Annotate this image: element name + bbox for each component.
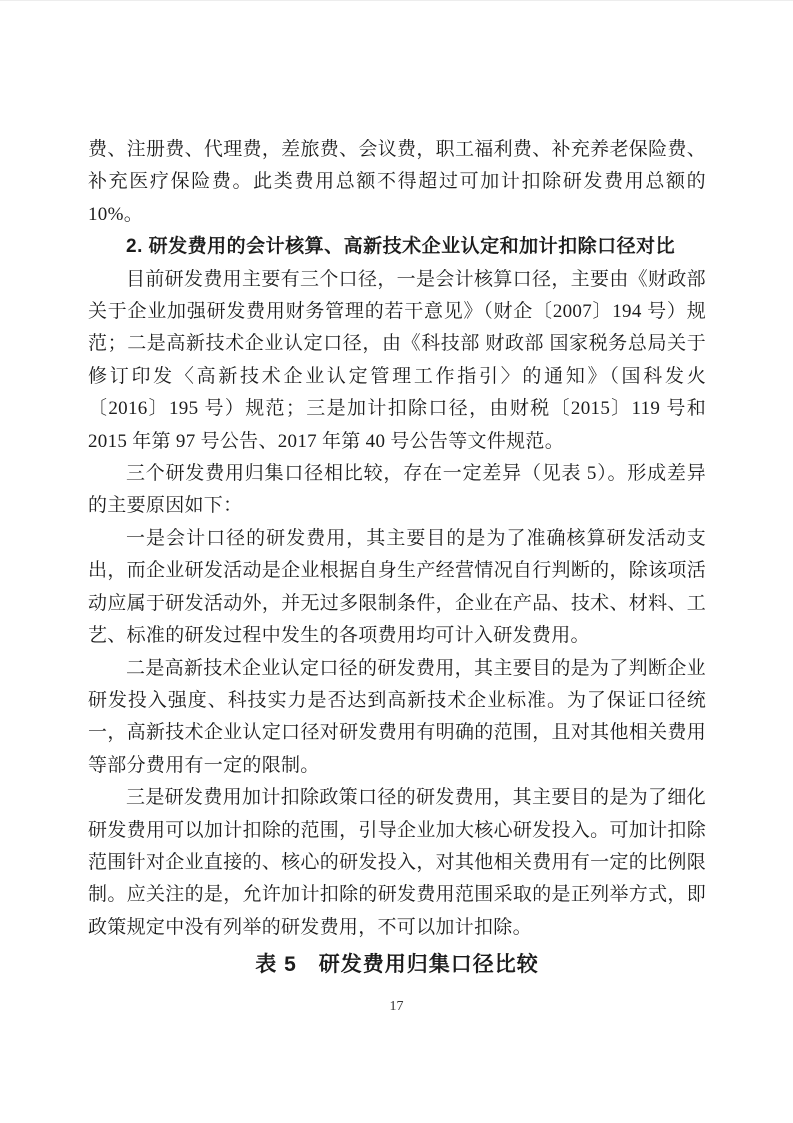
- paragraph: 二是高新技术企业认定口径的研发费用，其主要目的是为了判断企业研发投入强度、科技实…: [88, 653, 706, 783]
- table-caption: 表 5 研发费用归集口径比较: [88, 947, 706, 983]
- paragraph: 目前研发费用主要有三个口径，一是会计核算口径，主要由《财政部关于企业加强研发费用…: [88, 264, 706, 458]
- document-body: 费、注册费、代理费，差旅费、会议费，职工福利费、补充养老保险费、补充医疗保险费。…: [88, 134, 706, 983]
- document-page: 费、注册费、代理费，差旅费、会议费，职工福利费、补充养老保险费、补充医疗保险费。…: [0, 0, 793, 1123]
- paragraph: 三是研发费用加计扣除政策口径的研发费用，其主要目的是为了细化研发费用可以加计扣除…: [88, 782, 706, 944]
- page-number: 17: [0, 999, 793, 1015]
- paragraph: 三个研发费用归集口径相比较，存在一定差异（见表 5）。形成差异的主要原因如下：: [88, 458, 706, 523]
- section-heading: 2. 研发费用的会计核算、高新技术企业认定和加计扣除口径对比: [88, 231, 706, 263]
- paragraph: 一是会计口径的研发费用，其主要目的是为了准确核算研发活动支出，而企业研发活动是企…: [88, 523, 706, 653]
- paragraph-continuation: 费、注册费、代理费，差旅费、会议费，职工福利费、补充养老保险费、补充医疗保险费。…: [88, 134, 706, 231]
